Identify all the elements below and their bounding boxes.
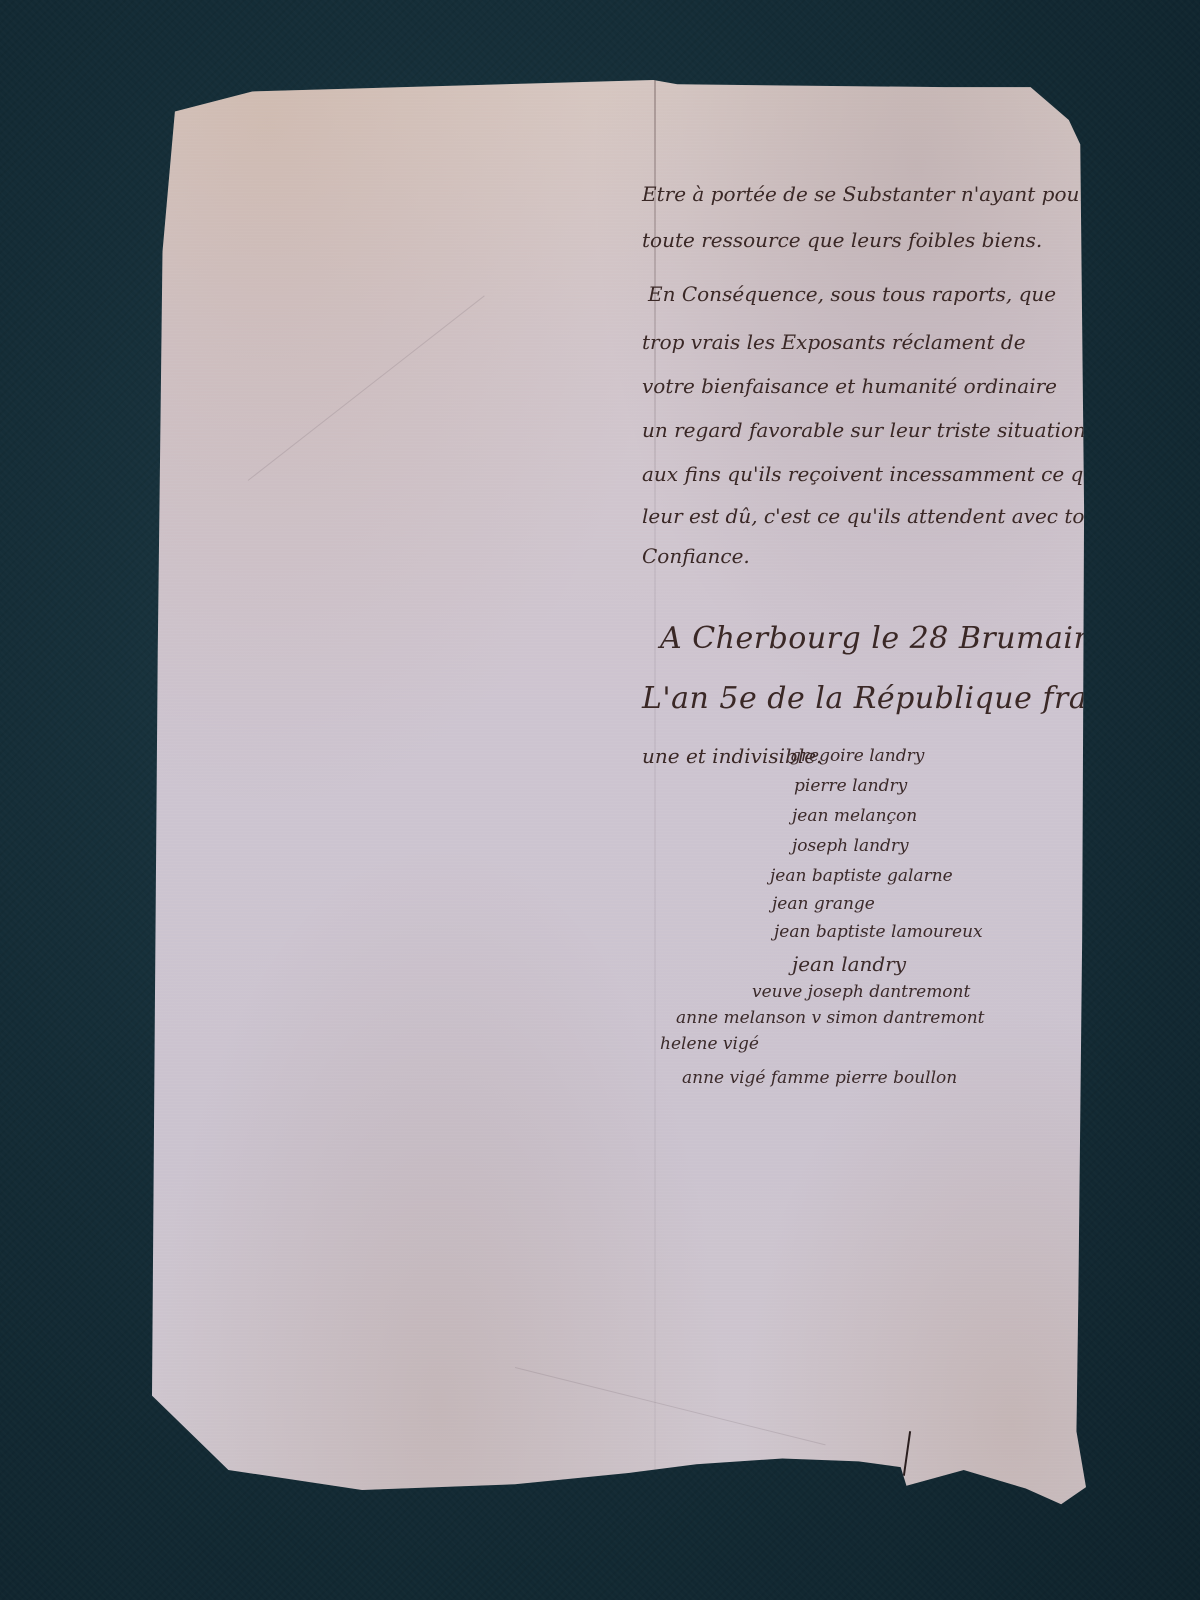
signature: jean baptiste lamoureux [774,924,983,941]
body-line: un regard favorable sur leur triste situ… [642,420,1086,440]
paper-tear [903,1431,911,1476]
signature: jean grange [772,896,875,913]
signature: veuve joseph dantremont [752,984,970,1001]
dateline-place-date: A Cherbourg le 28 Brumaire [660,624,1107,654]
manuscript-page: Etre à portée de se Substanter n'ayant p… [152,80,1107,1510]
body-line: aux fins qu'ils reçoivent incessamment c… [642,464,1103,484]
body-line: votre bienfaisance et humanité ordinaire [642,376,1057,396]
signature: jean landry [792,954,906,974]
body-line: En Conséquence, sous tous raports, que [648,284,1056,304]
signature: jean melançon [792,808,917,825]
signature: jean baptiste galarne [770,868,953,885]
paper-crease [247,296,484,481]
signature: joseph landry [792,838,909,855]
body-line: Confiance. [642,546,750,566]
body-line: leur est dû, c'est ce qu'ils attendent a… [642,506,1117,526]
signature: helene vigé [660,1036,759,1053]
body-line: toute ressource que leurs foibles biens. [642,230,1042,250]
paper-crease [515,1367,826,1445]
signature: gregoire landry [790,748,924,765]
signature: anne melanson v simon dantremont [676,1010,985,1027]
body-line: Etre à portée de se Substanter n'ayant p… [642,184,1089,204]
signature: pierre landry [794,778,907,795]
body-line: trop vrais les Exposants réclament de [642,332,1026,352]
signature: anne vigé famme pierre boullon [682,1070,957,1087]
